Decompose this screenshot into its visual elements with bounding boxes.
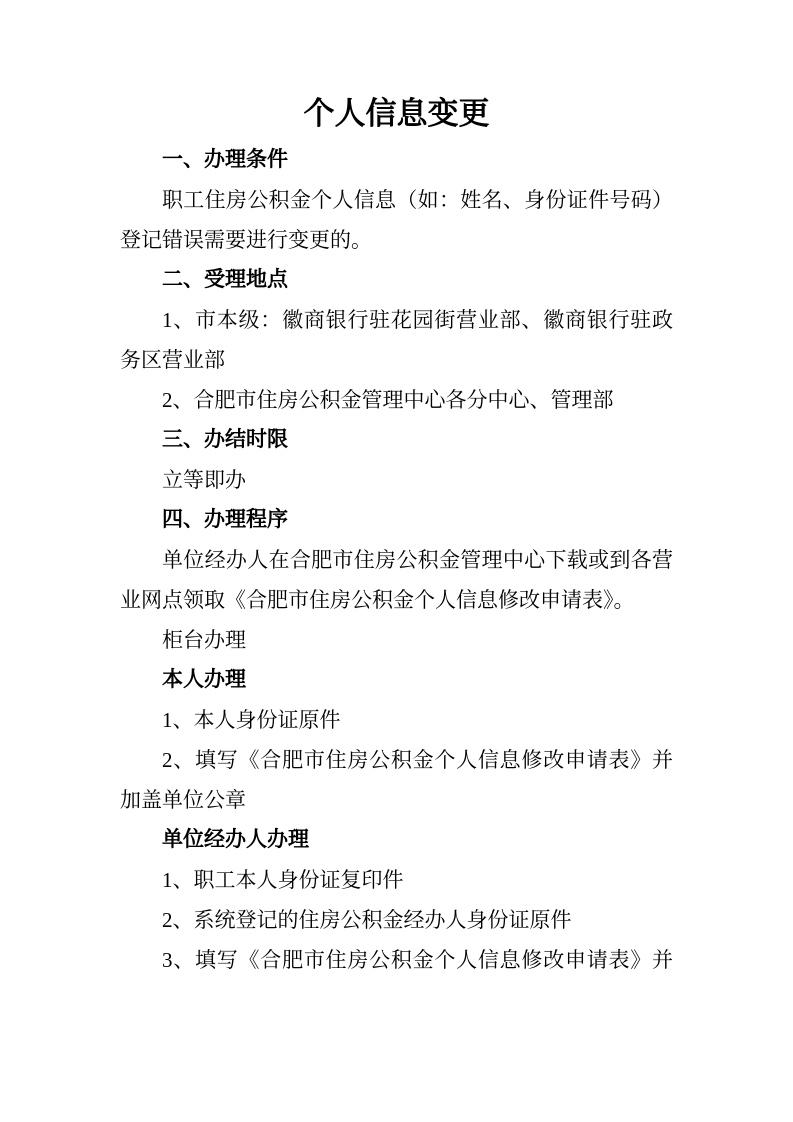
section-heading: 二、受理地点: [120, 260, 673, 300]
body-paragraph: 2、系统登记的住房公积金经办人身份证原件: [120, 900, 673, 940]
page-title: 个人信息变更: [120, 88, 673, 140]
section-heading: 四、办理程序: [120, 500, 673, 540]
section-heading: 本人办理: [120, 660, 673, 700]
body-paragraph: 1、市本级：徽商银行驻花园街营业部、徽商银行驻政务区营业部: [120, 300, 673, 380]
body-paragraph: 2、填写《合肥市住房公积金个人信息修改申请表》并加盖单位公章: [120, 740, 673, 820]
body-paragraph: 单位经办人在合肥市住房公积金管理中心下载或到各营业网点领取《合肥市住房公积金个人…: [120, 540, 673, 620]
section-heading: 一、办理条件: [120, 140, 673, 180]
section-heading: 单位经办人办理: [120, 820, 673, 860]
body-paragraph: 1、职工本人身份证复印件: [120, 860, 673, 900]
body-paragraph: 职工住房公积金个人信息（如：姓名、身份证件号码）登记错误需要进行变更的。: [120, 180, 673, 260]
body-paragraph: 3、填写《合肥市住房公积金个人信息修改申请表》并: [120, 940, 673, 980]
document-page: 个人信息变更 一、办理条件职工住房公积金个人信息（如：姓名、身份证件号码）登记错…: [0, 0, 793, 1122]
body-paragraph: 2、合肥市住房公积金管理中心各分中心、管理部: [120, 380, 673, 420]
body-paragraph: 1、本人身份证原件: [120, 700, 673, 740]
document-body: 一、办理条件职工住房公积金个人信息（如：姓名、身份证件号码）登记错误需要进行变更…: [120, 140, 673, 980]
body-paragraph: 柜台办理: [120, 620, 673, 660]
body-paragraph: 立等即办: [120, 460, 673, 500]
section-heading: 三、办结时限: [120, 420, 673, 460]
